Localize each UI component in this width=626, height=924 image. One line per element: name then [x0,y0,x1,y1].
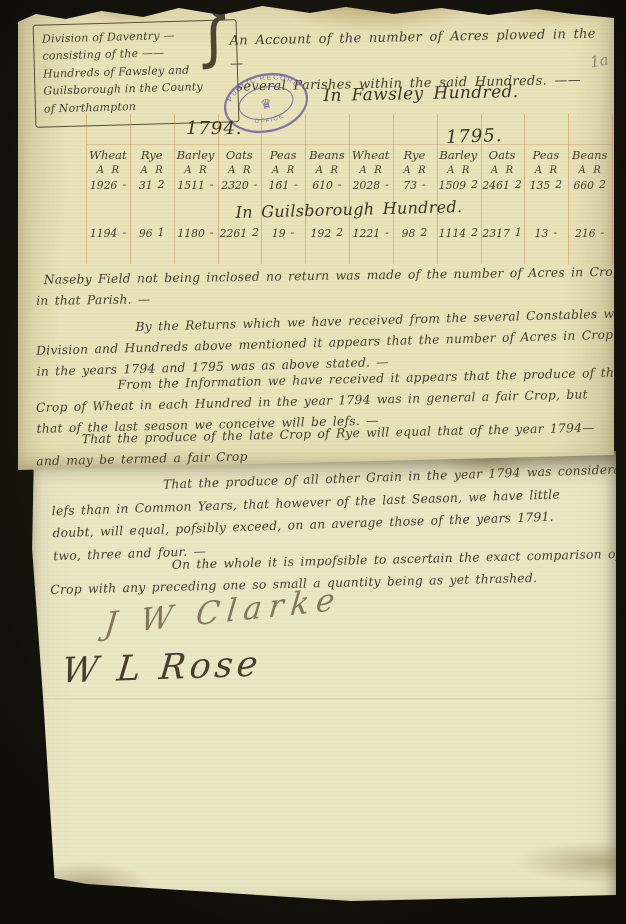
value-fawsley: 610- [305,179,349,194]
acre-rood-letter: A [535,165,542,179]
value-guilsborough: 961 [130,227,174,242]
crop-header: Peas [524,148,568,165]
acre-rood-letter: A [403,165,410,179]
acres-value: 1511 [177,179,204,194]
acres-value: 660 [573,179,594,194]
acre-rood-letter: A [360,165,367,179]
acres-value: 1114 [439,227,466,242]
acre-rood-header: AR [305,165,349,179]
document-sheet-1: Division of Daventry — consisting of the… [18,4,614,470]
column-wheat-1795: WheatAR2028-1221- [349,148,393,242]
acres-value: 96 [139,227,153,242]
roods-value: 2 [471,226,478,241]
value-guilsborough: 982 [393,227,437,242]
roods-value: - [122,178,126,193]
acres-value: 2317 [482,227,509,242]
value-fawsley: 73- [393,179,437,194]
value-fawsley: 1352 [524,179,568,194]
column-rule [612,114,613,264]
crop-header: Oats [217,148,261,165]
roods-value: 2 [599,178,606,193]
crop-header: Rye [393,148,437,165]
acre-rood-header: AR [130,165,174,179]
value-guilsborough: 13- [524,227,568,242]
paragraph-naseby: Naseby Field not being inclosed no retur… [36,262,597,312]
roods-value: - [210,178,214,193]
value-guilsborough: 23171 [480,227,524,242]
crop-header: Beans [305,148,349,165]
value-guilsborough: 1922 [305,227,349,242]
folio-number: 1a [589,51,610,72]
roods-value: - [385,178,389,193]
acres-value: 31 [139,179,153,194]
acre-rood-letter: A [184,165,191,179]
acre-rood-header: AR [217,165,261,179]
column-oats-1794: OatsAR2320-22612 [217,148,261,242]
roods-value: - [294,178,298,193]
acre-rood-letter: R [155,165,163,179]
annotation-box: Division of Daventry — consisting of the… [33,19,240,128]
acres-value: 1194 [90,227,117,242]
paper-crease [28,698,616,701]
roods-value: - [422,178,426,193]
roods-value: - [210,226,214,241]
acre-rood-letter: R [549,165,557,179]
column-rye-1794: RyeAR312961 [130,148,174,242]
table-top-rule [86,144,612,145]
acres-value: 1926 [90,179,117,194]
acre-rood-letter: A [579,165,586,179]
roods-value: - [601,226,605,241]
column-oats-1795: OatsAR2461223171 [480,148,524,242]
acre-rood-letter: R [199,165,207,179]
acre-rood-letter: A [228,165,235,179]
svg-text:OFFICE: OFFICE [253,112,286,128]
crop-header: Barley [174,148,218,165]
value-guilsborough: 1180- [174,227,218,242]
roods-value: - [291,226,295,241]
value-fawsley: 6602 [568,179,612,194]
acre-rood-letter: A [316,165,323,179]
roods-value: - [553,226,557,241]
acres-value: 161 [268,179,289,194]
acre-rood-header: AR [349,165,393,179]
roods-value: 2 [555,178,562,193]
acre-rood-letter: A [447,165,454,179]
roods-value: 2 [158,178,165,193]
acre-rood-letter: A [141,165,148,179]
acres-value: 192 [311,227,332,242]
acre-rood-header: AR [261,165,305,179]
value-guilsborough: 11142 [436,227,480,242]
acres-value: 19 [272,227,286,242]
acres-value: 2461 [482,179,509,194]
roods-value: 2 [515,178,522,193]
roods-value: - [122,226,126,241]
column-beans-1794: BeansAR610-1922 [305,148,349,242]
acre-rood-header: AR [436,165,480,179]
value-guilsborough: 22612 [217,227,261,242]
value-fawsley: 161- [261,179,305,194]
column-barley-1795: BarleyAR1509211142 [436,148,480,242]
acre-rood-letter: R [593,165,601,179]
roods-value: - [385,226,389,241]
crop-table: WheatAR1926-1194-RyeAR312961BarleyAR1511… [86,148,612,242]
acres-value: 2028 [353,179,380,194]
acre-rood-letter: R [330,165,338,179]
acre-rood-header: AR [568,165,612,179]
column-wheat-1794: WheatAR1926-1194- [86,148,130,242]
acres-value: 610 [312,179,333,194]
column-peas-1795: PeasAR135213- [524,148,568,242]
crop-header: Wheat [349,148,393,165]
year-label-1794: 1794. [186,118,243,139]
value-fawsley: 2320- [217,179,261,194]
roods-value: - [338,178,342,193]
acre-rood-header: AR [393,165,437,179]
value-guilsborough: 1221- [349,227,393,242]
document-sheet-2: That the produce of all other Grain in t… [28,448,616,908]
value-guilsborough: 1194- [86,227,130,242]
value-fawsley: 24612 [480,179,524,194]
acre-rood-letter: R [418,165,426,179]
column-barley-1794: BarleyAR1511-1180- [174,148,218,242]
roods-value: 2 [420,226,427,241]
roods-value: 2 [336,226,343,241]
acre-rood-letter: A [272,165,279,179]
acres-value: 1221 [353,227,380,242]
acre-rood-letter: R [243,165,251,179]
acres-value: 2261 [220,227,247,242]
crown-icon: ♛ [259,96,274,113]
acre-rood-header: AR [480,165,524,179]
roods-value: 2 [252,226,259,241]
acres-value: 216 [575,227,596,242]
curly-brace: } [193,4,233,22]
crop-header: Peas [261,148,305,165]
acres-value: 73 [403,179,417,194]
value-fawsley: 1926- [86,179,130,194]
acre-rood-letter: R [287,165,295,179]
acre-rood-letter: A [491,165,498,179]
acre-rood-letter: A [97,165,104,179]
acres-value: 1509 [439,179,466,194]
value-fawsley: 1511- [174,179,218,194]
acre-rood-letter: R [374,165,382,179]
roods-value: - [254,178,258,193]
column-peas-1794: PeasAR161-19- [261,148,305,242]
roods-value: 1 [158,226,165,241]
crop-header: Rye [130,148,174,165]
signature-rose: W L Rose [60,644,264,691]
acre-rood-header: AR [524,165,568,179]
acre-rood-letter: R [462,165,470,179]
acres-value: 2320 [221,179,248,194]
column-beans-1795: BeansAR6602216- [568,148,612,242]
crop-header: Wheat [86,148,130,165]
acre-rood-letter: R [112,165,120,179]
crop-header: Beans [568,148,612,165]
value-fawsley: 15092 [436,179,480,194]
roods-value: 1 [515,226,522,241]
crop-header: Barley [436,148,480,165]
acres-value: 98 [402,227,416,242]
crop-header: Oats [480,148,524,165]
photograph-background: That the produce of all other Grain in t… [0,0,626,924]
acres-value: 1180 [177,227,204,242]
column-rye-1795: RyeAR73-982 [393,148,437,242]
value-guilsborough: 19- [261,227,305,242]
stamp-arc-bottom-text: OFFICE [253,112,286,128]
acre-rood-letter: R [506,165,514,179]
value-fawsley: 2028- [349,179,393,194]
acre-rood-header: AR [174,165,218,179]
acres-value: 13 [535,227,549,242]
acres-value: 135 [530,179,551,194]
value-guilsborough: 216- [568,227,612,242]
value-fawsley: 312 [130,179,174,194]
fawsley-hundred-heading: In Fawsley Hundred. [306,82,536,107]
acre-rood-header: AR [86,165,130,179]
roods-value: 2 [471,178,478,193]
